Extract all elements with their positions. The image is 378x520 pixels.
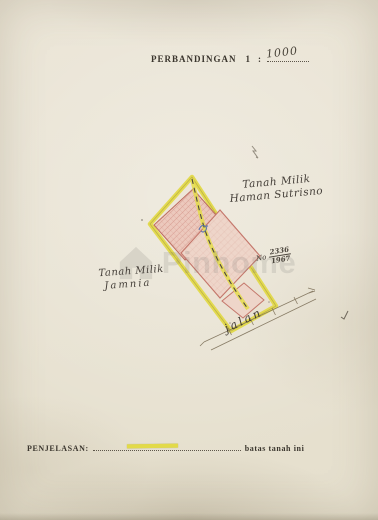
scale-ratio-left: 1	[246, 54, 252, 64]
parcel-number-fraction: 2336 1967	[268, 245, 292, 265]
legend-label: PENJELASAN	[27, 444, 85, 453]
legend-meaning: batas tanah ini	[245, 444, 305, 453]
scan-edge-shadow	[0, 513, 378, 520]
legend-yellow-line-symbol	[127, 444, 178, 448]
north-mark-icon	[252, 146, 258, 158]
scale-label: PERBANDINGAN	[151, 54, 237, 64]
legend-colon: :	[85, 444, 88, 453]
parcel-number-prefix: No	[256, 253, 268, 263]
scanned-land-plan-page: Pinhome PERBANDINGAN 1 : 1000 Tanah Mili…	[0, 0, 378, 520]
owner-annotation-left: Tanah Milik Jamnia	[98, 264, 165, 293]
check-pen-mark	[341, 311, 348, 319]
